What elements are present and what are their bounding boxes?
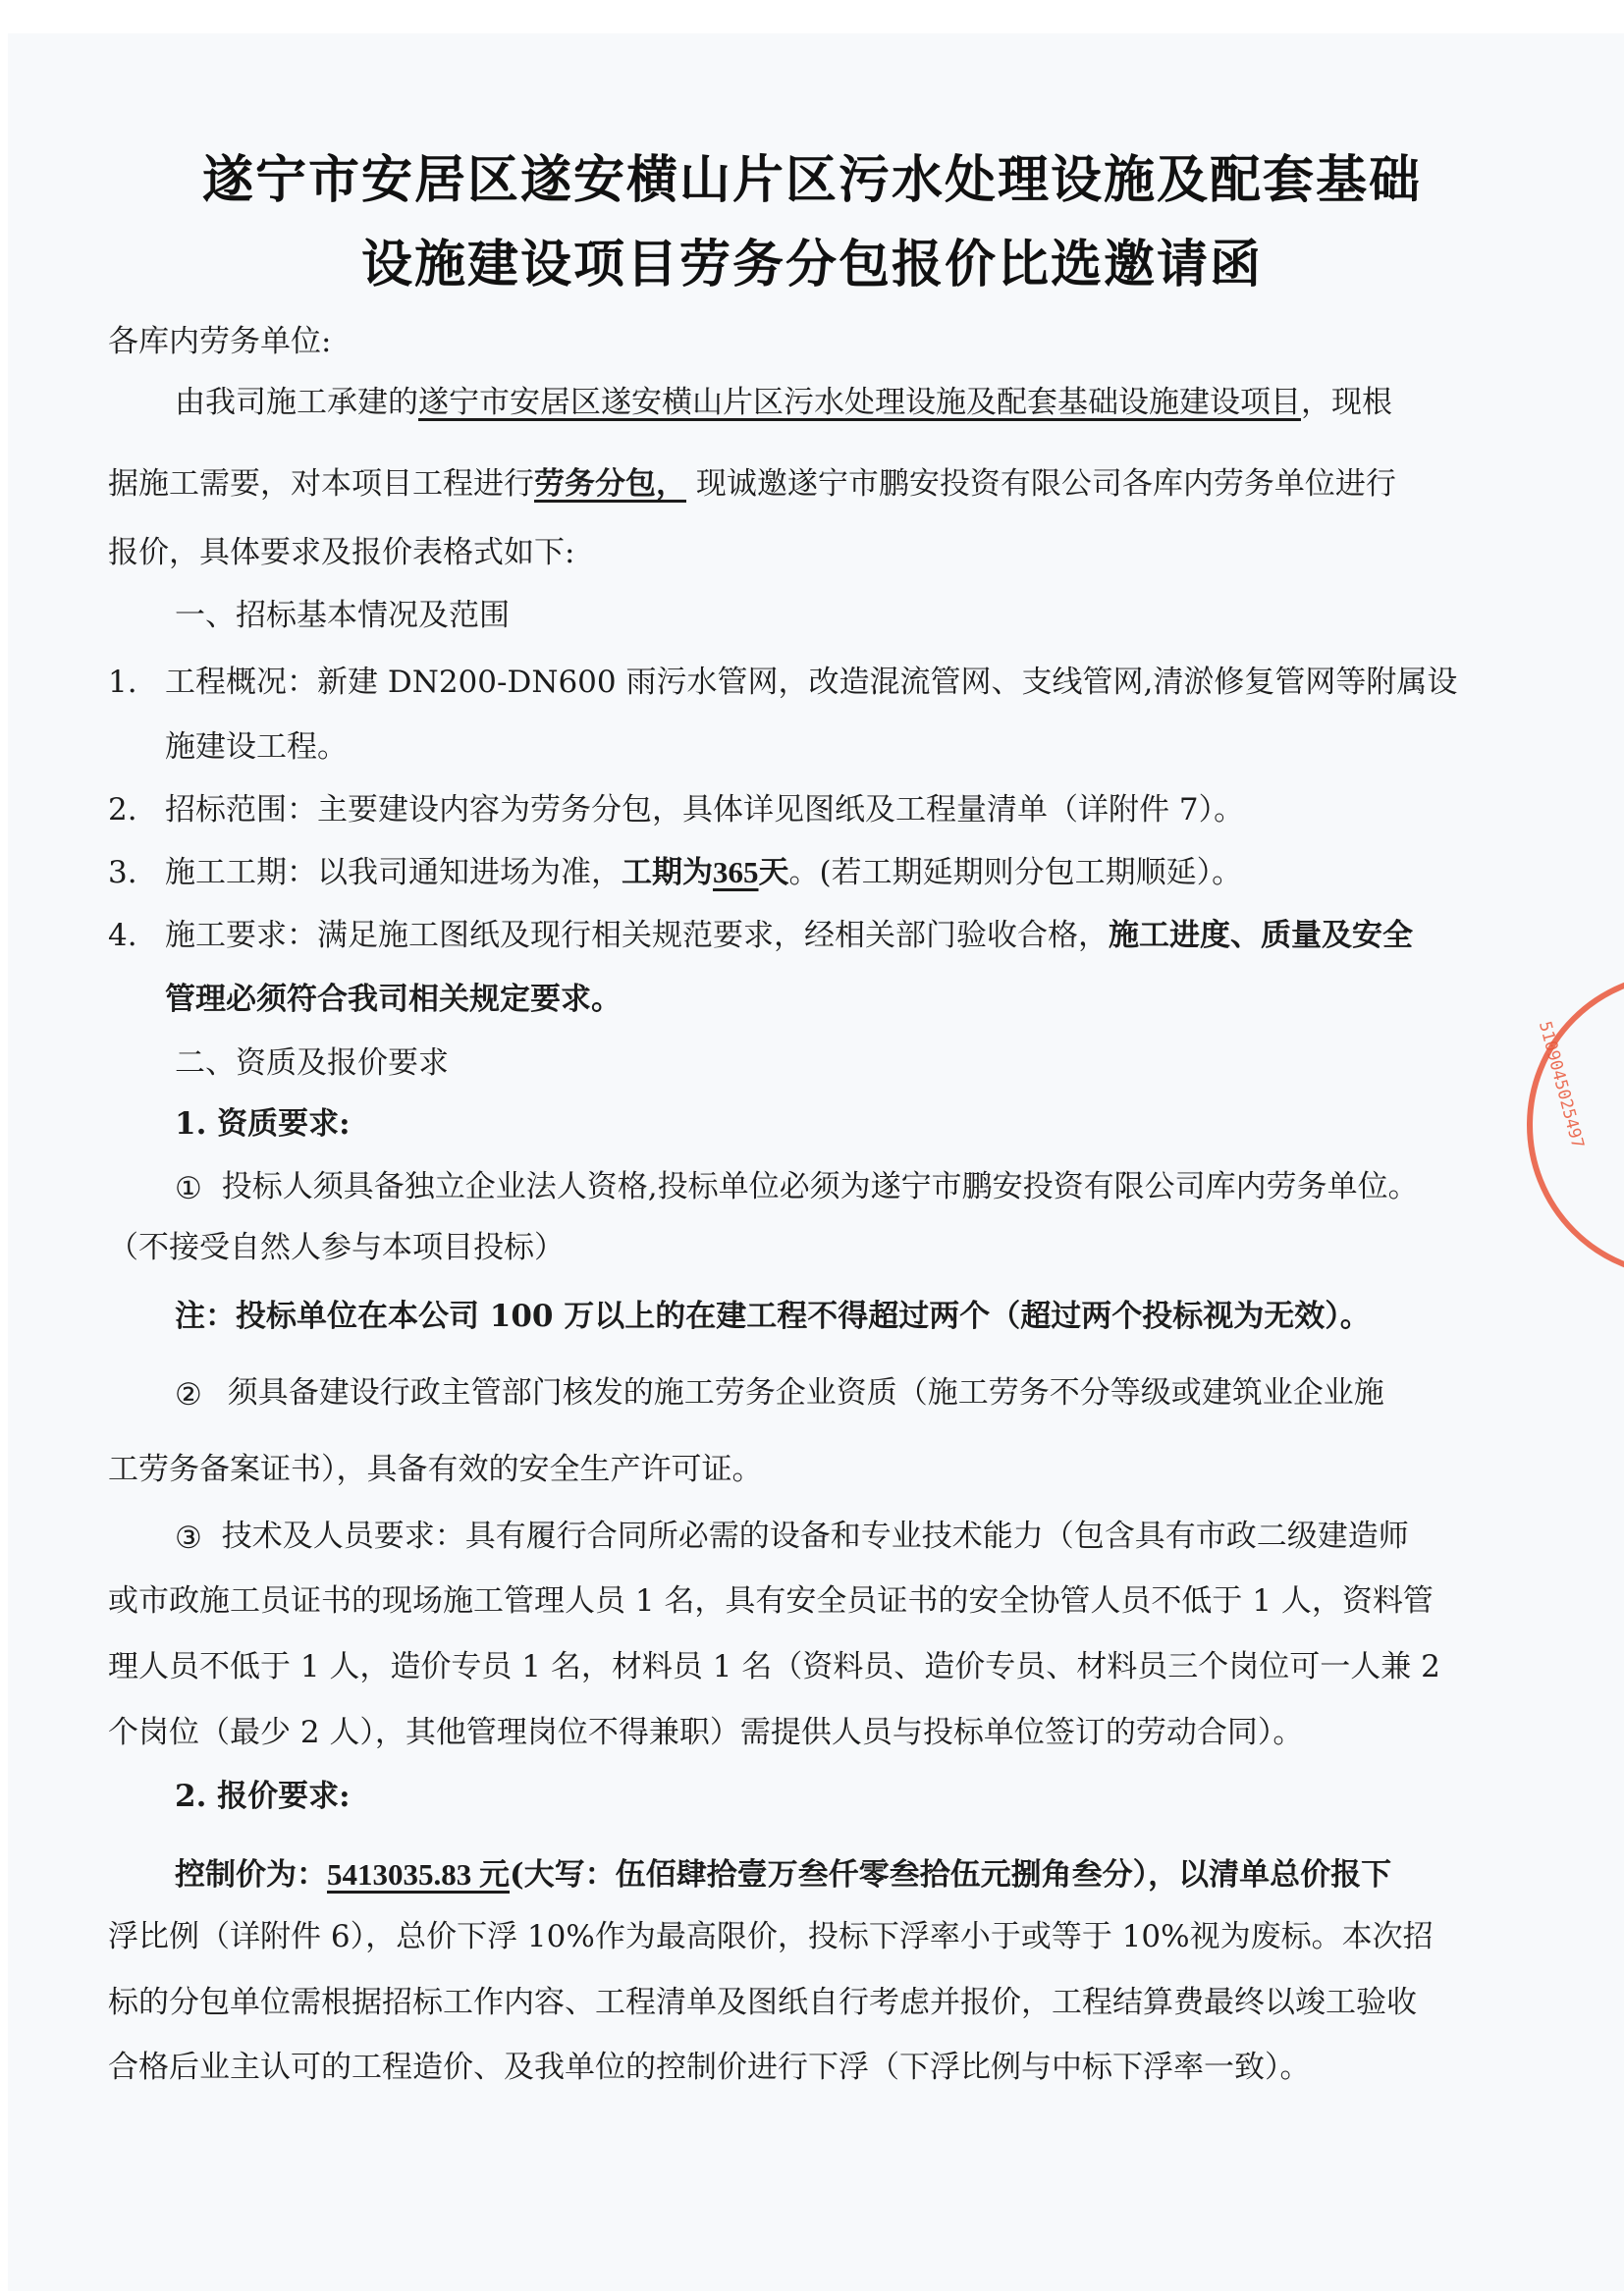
salutation: 各库内劳务单位: [108, 327, 331, 357]
intro-line-2-prefix: 据施工需要，对本项目工程进行 [108, 466, 534, 502]
circled-number-1-icon: ① [175, 1174, 202, 1203]
item-text: 招标范围：主要建设内容为劳务分包，具体详见图纸及工程量清单（详附件 7）。 [165, 792, 1244, 828]
intro-line-1: 由我司施工承建的遂宁市安居区遂安横山片区污水处理设施及配套基础设施建设项目，现根 [175, 388, 1392, 418]
labor-subcontract: 劳务分包， [534, 466, 686, 502]
item-text-suffix: 。(若工期延期则分包工期顺延）。 [789, 855, 1243, 890]
control-price-value: 5413035.83 元 [327, 1857, 510, 1892]
item-text: 工程概况：新建 DN200-DN600 雨污水管网，改造混流管网、支线管网,清淤… [165, 665, 1457, 700]
item-text: 施工工期：以我司通知进场为准， [165, 855, 622, 890]
intro-line-3: 报价，具体要求及报价表格式如下: [108, 538, 574, 568]
qualification-heading: 1. 资质要求: [175, 1109, 351, 1140]
circled-number-3-icon: ③ [175, 1523, 202, 1553]
intro-prefix: 由我司施工承建的 [175, 385, 418, 420]
duration-unit: 天 [759, 855, 789, 890]
duration-label: 工期为 [622, 855, 713, 890]
requirement-text: 技术及人员要求：具有履行合同所必需的设备和专业技术能力（包含具有市政二级建造师 [222, 1519, 1409, 1554]
section-1-heading: 一、招标基本情况及范围 [175, 601, 510, 631]
item-4-line-2: 管理必须符合我司相关规定要求。 [165, 985, 622, 1015]
requirement-3: ③技术及人员要求：具有履行合同所必需的设备和专业技术能力（包含具有市政二级建造师 [175, 1522, 1409, 1553]
section-2-heading: 二、资质及报价要求 [175, 1048, 449, 1079]
note: 注：投标单位在本公司 100 万以上的在建工程不得超过两个（超过两个投标视为无效… [175, 1302, 1371, 1332]
intro-suffix: ，现根 [1301, 385, 1392, 420]
pricing-line-4: 合格后业主认可的工程造价、及我单位的控制价进行下浮（下浮比例与中标下浮率一致）。 [108, 2053, 1311, 2083]
control-price-line: 控制价为：5413035.83 元(大写：伍佰肆拾壹万叁仟零叁拾伍元捌角叁分），… [175, 1859, 1391, 1891]
document-title-line-2: 设施建设项目劳务分包报价比选邀请函 [0, 240, 1624, 291]
intro-line-2-suffix: 现诚邀遂宁市鹏安投资有限公司各库内劳务单位进行 [686, 466, 1396, 502]
control-price-text: (大写：伍佰肆拾壹万叁仟零叁拾伍元捌角叁分），以清单总价报下 [510, 1857, 1391, 1893]
item-2: 2.招标范围：主要建设内容为劳务分包，具体详见图纸及工程量清单（详附件 7）。 [108, 795, 1244, 826]
requirement-2: ②须具备建设行政主管部门核发的施工劳务企业资质（施工劳务不分等级或建筑业企业施 [175, 1378, 1384, 1410]
circled-number-2-icon: ② [175, 1380, 202, 1410]
project-name: 遂宁市安居区遂安横山片区污水处理设施及配套基础设施建设项目 [418, 385, 1301, 420]
requirement-1-line-2: （不接受自然人参与本项目投标） [108, 1233, 565, 1263]
item-text: 施工要求：满足施工图纸及现行相关规范要求，经相关部门验收合格， [165, 918, 1109, 953]
pricing-heading: 2. 报价要求: [175, 1782, 351, 1812]
item-1: 1.工程概况：新建 DN200-DN600 雨污水管网，改造混流管网、支线管网,… [108, 667, 1457, 698]
requirement-3-line-4: 个岗位（最少 2 人），其他管理岗位不得兼职）需提供人员与投标单位签订的劳动合同… [108, 1718, 1303, 1748]
pricing-line-3: 标的分包单位需根据招标工作内容、工程清单及图纸自行考虑并报价，工程结算费最终以竣… [108, 1988, 1417, 2018]
requirement-3-line-3: 理人员不低于 1 人，造价专员 1 名，材料员 1 名（资料员、造价专员、材料员… [108, 1652, 1440, 1682]
item-number: 3. [108, 858, 165, 888]
intro-line-2: 据施工需要，对本项目工程进行劳务分包， 现诚邀遂宁市鹏安投资有限公司各库内劳务单… [108, 469, 1396, 500]
item-1-line-2: 施建设工程。 [165, 732, 348, 763]
pricing-line-2: 浮比例（详附件 6），总价下浮 10%作为最高限价，投标下浮率小于或等于 10%… [108, 1922, 1434, 1952]
item-4: 4.施工要求：满足施工图纸及现行相关规范要求，经相关部门验收合格，施工进度、质量… [108, 921, 1413, 951]
item-number: 4. [108, 921, 165, 951]
requirement-2-line-2: 工劳务备案证书），具备有效的安全生产许可证。 [108, 1455, 763, 1485]
item-number: 1. [108, 667, 165, 698]
requirement-1: ①投标人须具备独立企业法人资格,投标单位必须为遂宁市鹏安投资有限公司库内劳务单位… [175, 1172, 1419, 1203]
duration-value: 365 [713, 855, 759, 889]
requirement-text: 投标人须具备独立企业法人资格,投标单位必须为遂宁市鹏安投资有限公司库内劳务单位。 [222, 1169, 1419, 1204]
requirement-3-line-2: 或市政施工员证书的现场施工管理人员 1 名，具有安全员证书的安全协管人员不低于 … [108, 1586, 1434, 1617]
control-price-label: 控制价为： [175, 1857, 327, 1893]
item-3: 3.施工工期：以我司通知进场为准，工期为365天。(若工期延期则分包工期顺延）。 [108, 857, 1242, 888]
item-number: 2. [108, 795, 165, 826]
requirement-text: 须具备建设行政主管部门核发的施工劳务企业资质（施工劳务不分等级或建筑业企业施 [228, 1375, 1384, 1411]
item-bold-text: 施工进度、质量及安全 [1109, 918, 1413, 953]
document-title-line-1: 遂宁市安居区遂安横山片区污水处理设施及配套基础 [0, 155, 1624, 206]
